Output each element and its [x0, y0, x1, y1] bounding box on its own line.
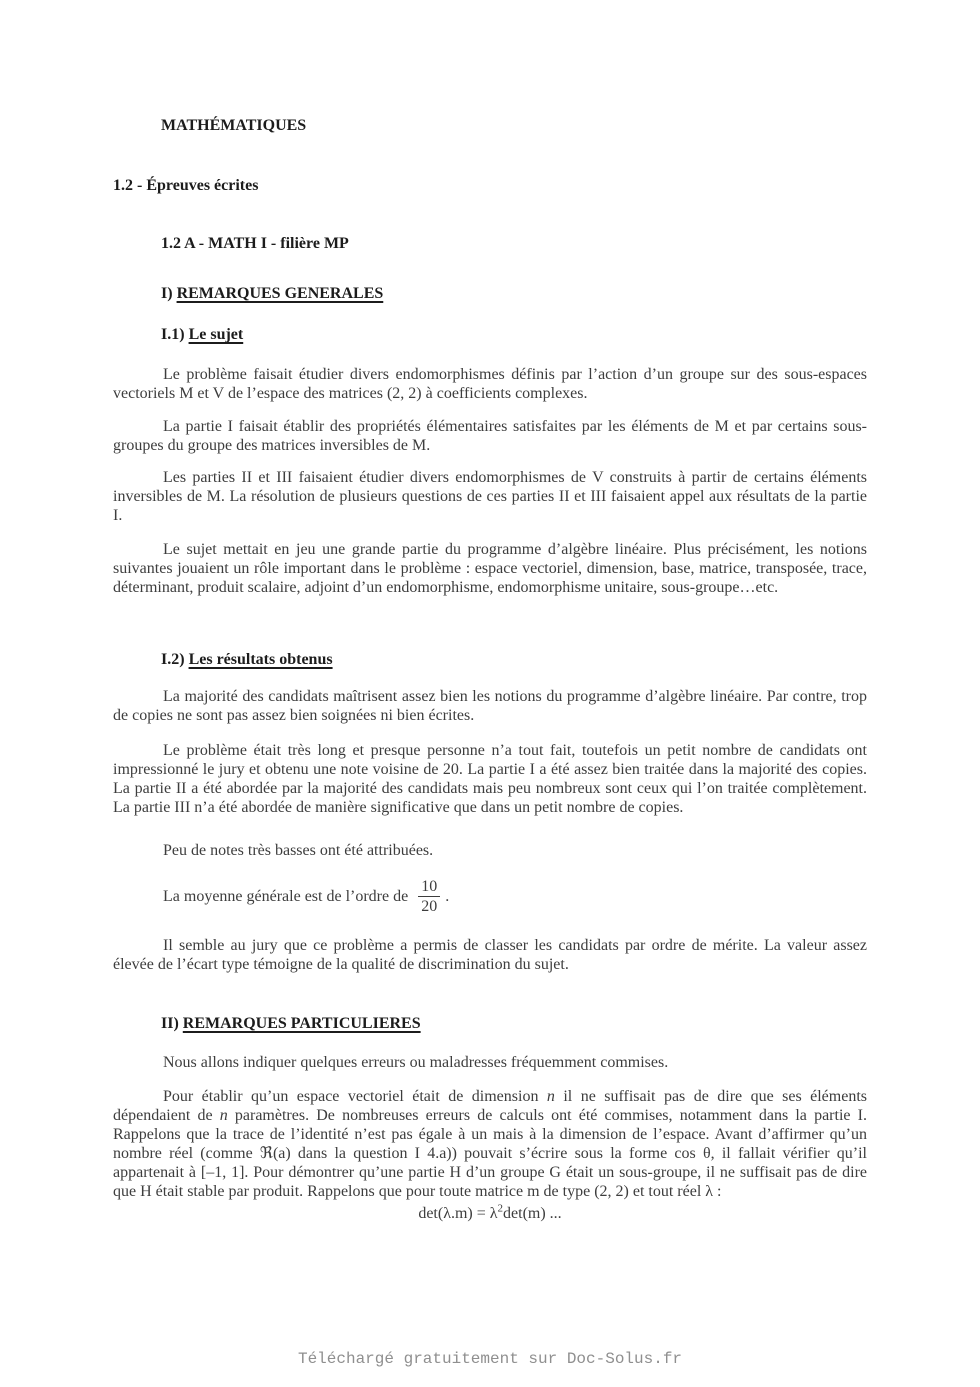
- heading-number: I): [161, 285, 177, 302]
- formula-prefix: det(λ.m) = λ: [418, 1205, 497, 1222]
- text-segment: Pour établir qu’un espace vectoriel étai…: [163, 1088, 547, 1105]
- text-segment: n: [547, 1088, 555, 1105]
- heading-epreuves-ecrites: 1.2 - Épreuves écrites: [113, 176, 867, 195]
- heading-remarques-generales: I) REMARQUES GENERALES: [113, 284, 915, 303]
- heading-le-sujet: I.1) Le sujet: [113, 325, 915, 344]
- heading-remarques-particulieres: II) REMARQUES PARTICULIERES: [113, 1014, 915, 1033]
- heading-math1-filiere-mp: 1.2 A - MATH I - filière MP: [113, 234, 915, 253]
- heading-number: I.1): [161, 326, 189, 343]
- heading-label: REMARQUES GENERALES: [177, 285, 384, 302]
- formula-suffix: det(m) ...: [503, 1205, 562, 1222]
- heading-label: Le sujet: [189, 326, 244, 343]
- moyenne-period: .: [445, 887, 449, 906]
- paragraph-programme-algebre: Le sujet mettait en jeu une grande parti…: [113, 540, 867, 597]
- document-page: MATHÉMATIQUES 1.2 - Épreuves écrites 1.2…: [0, 0, 980, 1387]
- paragraph-classement-merite: Il semble au jury que ce problème a perm…: [113, 936, 867, 974]
- paragraph-moyenne-generale: La moyenne générale est de l’ordre de 10…: [113, 878, 917, 915]
- paragraph-majorite-candidats: La majorité des candidats maîtrisent ass…: [113, 687, 867, 725]
- heading-number: I.2): [161, 651, 189, 668]
- text-segment: n: [220, 1107, 228, 1124]
- paragraph-erreurs-detail: Pour établir qu’un espace vectoriel étai…: [113, 1087, 867, 1201]
- moyenne-text: La moyenne générale est de l’ordre de: [163, 887, 408, 906]
- paragraph-partie-1: La partie I faisait établir des propriét…: [113, 417, 867, 455]
- formula-determinant: det(λ.m) = λ2det(m) ...: [113, 1204, 867, 1223]
- paragraph-probleme-long: Le problème était très long et presque p…: [113, 741, 867, 817]
- heading-resultats-obtenus: I.2) Les résultats obtenus: [113, 650, 915, 669]
- doc-title: MATHÉMATIQUES: [113, 116, 915, 135]
- footer-watermark: Téléchargé gratuitement sur Doc-Solus.fr: [0, 1350, 980, 1369]
- paragraph-notes-basses: Peu de notes très basses ont été attribu…: [113, 841, 867, 860]
- paragraph-probleme: Le problème faisait étudier divers endom…: [113, 365, 867, 403]
- fraction-denominator: 20: [421, 897, 437, 915]
- paragraph-erreurs-intro: Nous allons indiquer quelques erreurs ou…: [113, 1053, 867, 1072]
- fraction-numerator: 10: [418, 878, 440, 897]
- fraction-10-20: 10 20: [418, 878, 440, 915]
- paragraph-parties-2-3: Les parties II et III faisaient étudier …: [113, 468, 867, 525]
- heading-number: II): [161, 1015, 183, 1032]
- heading-label: Les résultats obtenus: [189, 651, 333, 668]
- heading-label: REMARQUES PARTICULIERES: [183, 1015, 421, 1032]
